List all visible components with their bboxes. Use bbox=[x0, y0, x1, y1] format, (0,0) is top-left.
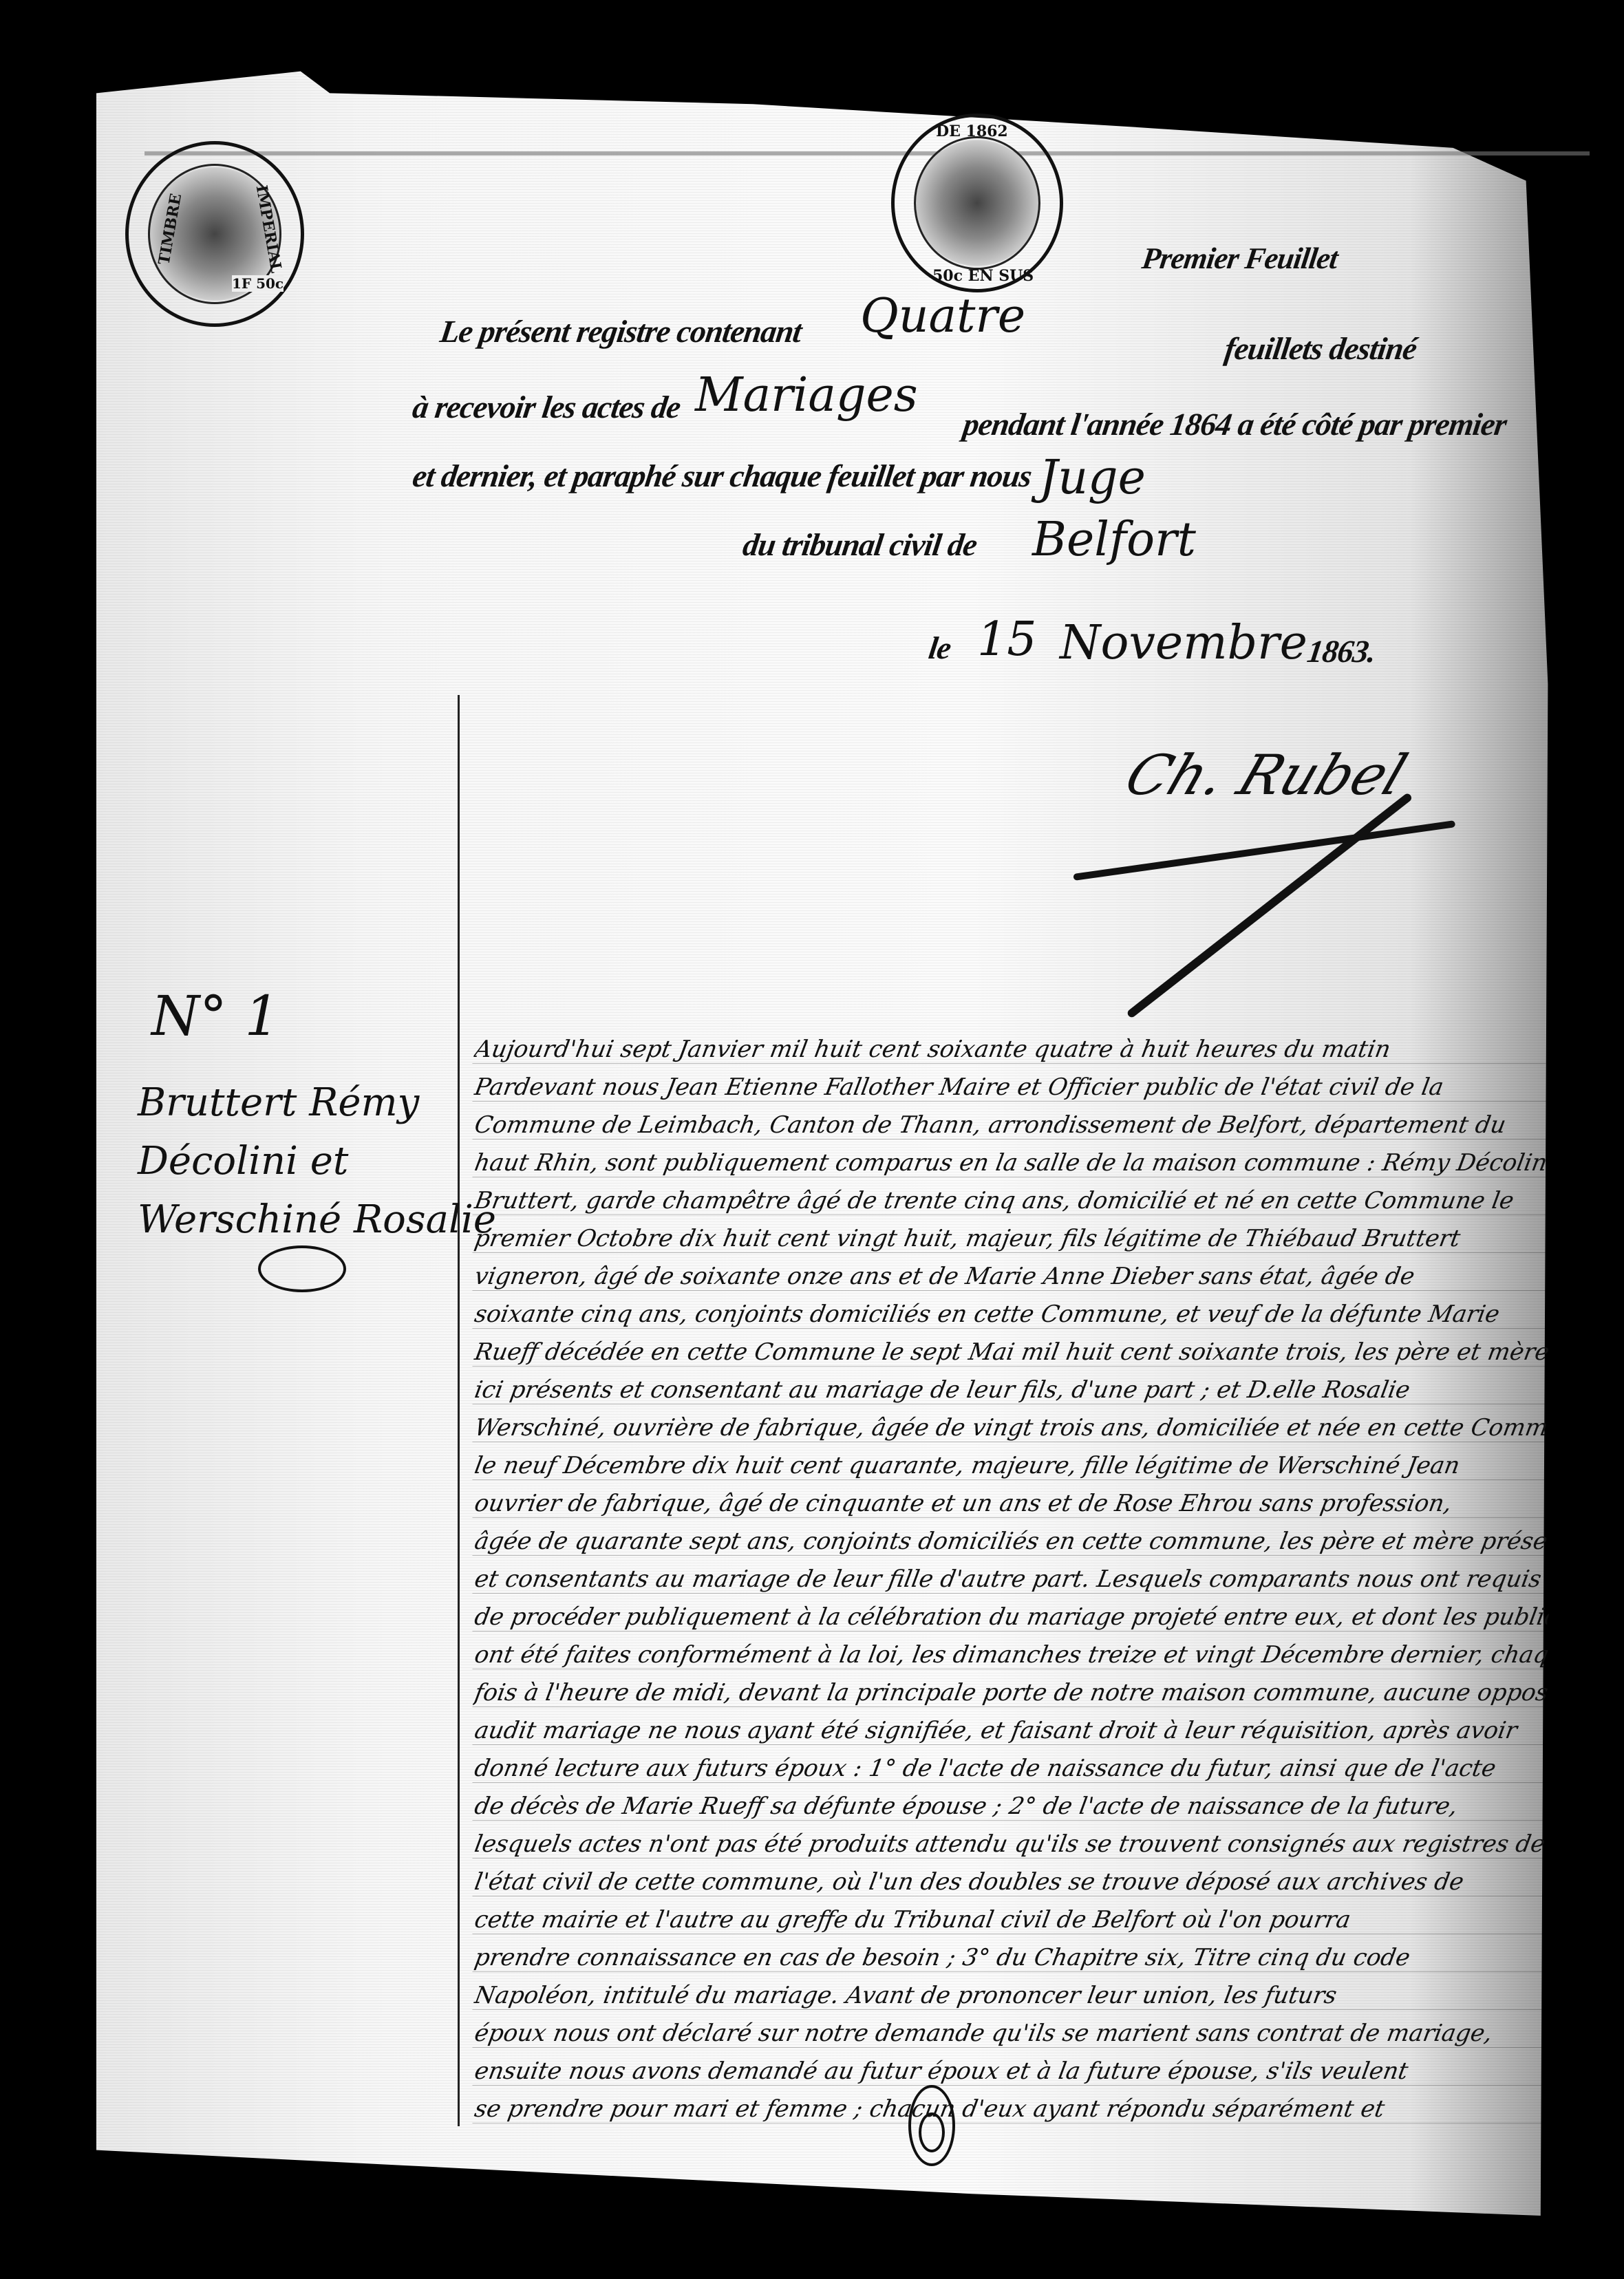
margin-names-line3: Werschiné Rosalie bbox=[138, 1197, 496, 1242]
date-month: Novembre bbox=[1060, 616, 1307, 670]
premier-feuillet-label: Premier Feuillet bbox=[1140, 241, 1340, 276]
body-line: Napoléon, intitulé du mariage. Avant de … bbox=[472, 1982, 1550, 2010]
margin-names-line1: Bruttert Rémy bbox=[138, 1080, 419, 1125]
seal-year-text: DE 1862 bbox=[936, 122, 1008, 140]
body-line: époux nous ont déclaré sur notre demande… bbox=[472, 2020, 1550, 2048]
margin-flourish-icon bbox=[258, 1245, 346, 1292]
header-line1-a: Le présent registre contenant bbox=[438, 313, 804, 350]
body-line: Aujourd'hui sept Janvier mil huit cent s… bbox=[472, 1036, 1550, 1064]
body-line: âgée de quarante sept ans, conjoints dom… bbox=[472, 1528, 1550, 1556]
body-line: prendre connaissance en cas de besoin ; … bbox=[472, 1944, 1550, 1972]
seal-surcharge-text: 50c EN SUS bbox=[932, 267, 1034, 285]
body-line: ont été faites conformément à la loi, le… bbox=[472, 1641, 1550, 1669]
body-line: le neuf Décembre dix huit cent quarante,… bbox=[472, 1452, 1550, 1480]
body-line: cette mairie et l'autre au greffe du Tri… bbox=[472, 1906, 1550, 1934]
body-line: soixante cinq ans, conjoints domiciliés … bbox=[472, 1301, 1550, 1329]
header-line3-handwritten: Juge bbox=[1039, 451, 1146, 505]
body-line: vigneron, âgé de soixante onze ans et de… bbox=[472, 1263, 1550, 1291]
body-line: ouvrier de fabrique, âgé de cinquante et… bbox=[472, 1490, 1550, 1518]
body-line: de décès de Marie Rueff sa défunte épous… bbox=[472, 1793, 1550, 1821]
body-line: ensuite nous avons demandé au futur épou… bbox=[472, 2057, 1550, 2086]
eagle-icon bbox=[914, 136, 1040, 270]
body-line: donné lecture aux futurs époux : 1° de l… bbox=[472, 1755, 1550, 1783]
body-line: lesquels actes n'ont pas été produits at… bbox=[472, 1830, 1550, 1859]
stamp-value: 1F 50c bbox=[232, 275, 284, 292]
body-line: audit mariage ne nous ayant été signifié… bbox=[472, 1717, 1550, 1745]
body-line: ici présents et consentant au mariage de… bbox=[472, 1376, 1550, 1404]
date-year: 1863. bbox=[1305, 633, 1378, 670]
date-day: 15 bbox=[977, 612, 1037, 667]
paper-fold-line bbox=[145, 151, 1590, 156]
header-line2-handwritten: Mariages bbox=[695, 368, 918, 422]
body-line: premier Octobre dix huit cent vingt huit… bbox=[472, 1225, 1550, 1253]
header-line3: et dernier, et paraphé sur chaque feuill… bbox=[410, 458, 1034, 494]
eagle-seal-stamp: DE 1862 50c EN SUS bbox=[891, 114, 1063, 292]
header-line2-a: à recevoir les actes de bbox=[410, 389, 683, 425]
body-line: Rueff décédée en cette Commune le sept M… bbox=[472, 1338, 1550, 1367]
bottom-flourish-inner-icon bbox=[919, 2112, 945, 2152]
body-line: se prendre pour mari et femme ; chacun d… bbox=[472, 2095, 1550, 2123]
timbre-imperial-stamp: TIMBRE IMPERIAL 1F 50c bbox=[125, 141, 304, 327]
body-line: l'état civil de cette commune, où l'un d… bbox=[472, 1868, 1550, 1896]
body-line: Pardevant nous Jean Etienne Fallother Ma… bbox=[472, 1073, 1550, 1102]
margin-names-line2: Décolini et bbox=[138, 1139, 348, 1184]
entry-number: N° 1 bbox=[151, 984, 279, 1048]
header-line1-handwritten: Quatre bbox=[860, 289, 1025, 343]
body-line: et consentants au mariage de leur fille … bbox=[472, 1565, 1550, 1594]
header-line1-b: feuillets destiné bbox=[1222, 330, 1419, 367]
margin-rule bbox=[458, 695, 460, 2126]
header-line2-b: pendant l'année 1864 a été côté par prem… bbox=[961, 406, 1508, 442]
header-line4: du tribunal civil de bbox=[740, 526, 979, 563]
body-line: Bruttert, garde champêtre âgé de trente … bbox=[472, 1187, 1550, 1215]
judge-signature: Ch. Rubel bbox=[1117, 743, 1415, 807]
body-line: Werschiné, ouvrière de fabrique, âgée de… bbox=[472, 1414, 1550, 1442]
header-line4-handwritten: Belfort bbox=[1032, 513, 1196, 567]
body-line: de procéder publiquement à la célébratio… bbox=[472, 1603, 1550, 1631]
body-line: Commune de Leimbach, Canton de Thann, ar… bbox=[472, 1111, 1550, 1139]
body-line: fois à l'heure de midi, devant la princi… bbox=[472, 1679, 1550, 1707]
body-line: haut Rhin, sont publiquement comparus en… bbox=[472, 1149, 1550, 1177]
